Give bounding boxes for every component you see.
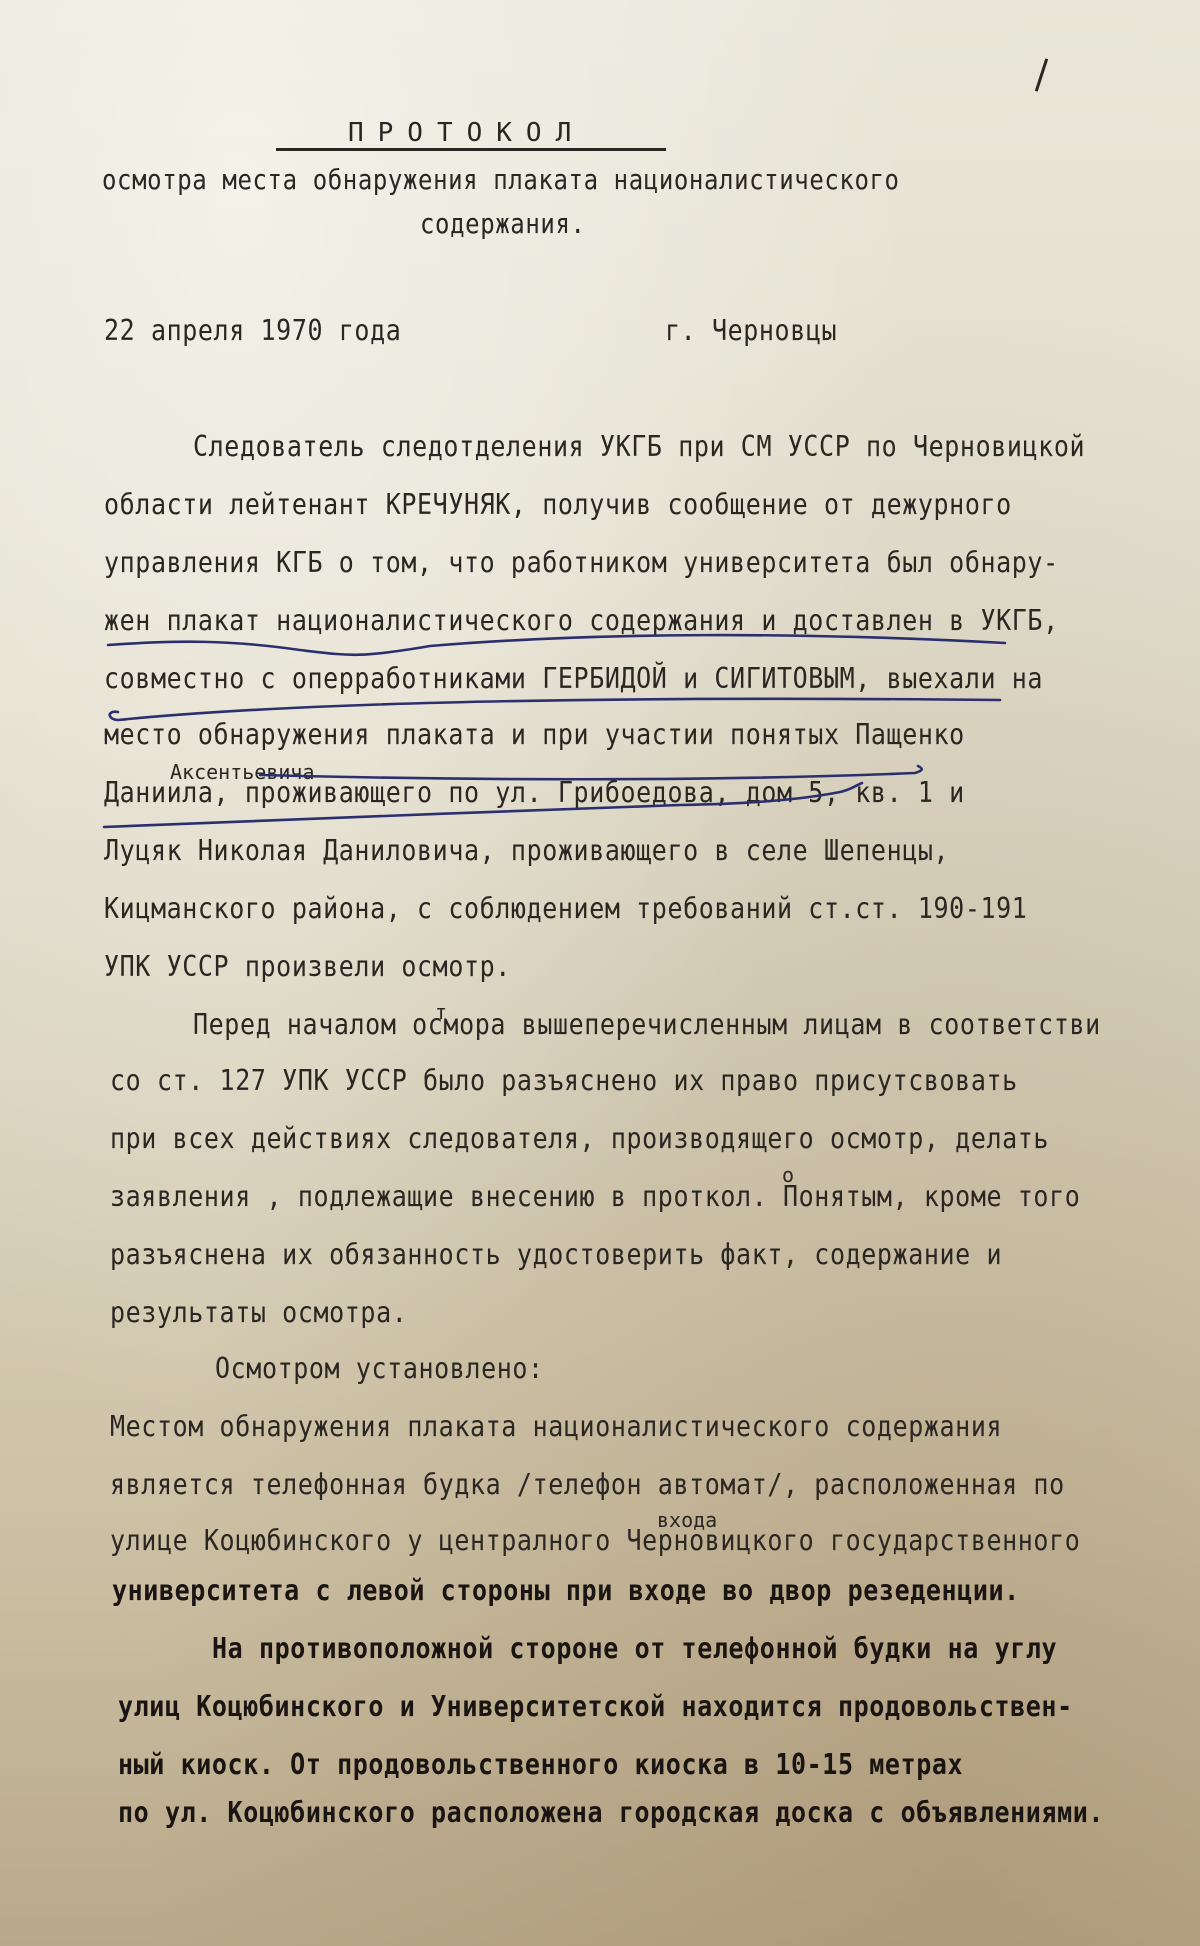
body-line: совместно с оперработниками ГЕРБИДОЙ и С… — [104, 662, 1043, 695]
body-line: Следователь следотделения УКГБ при СМ УС… — [193, 430, 1085, 463]
body-line: Перед началом осмора вышеперечисленным л… — [193, 1008, 1101, 1041]
body-line: со ст. 127 УПК УССР было разъяснено их п… — [110, 1064, 1018, 1097]
body-line: университета с левой стороны при входе в… — [112, 1574, 1020, 1607]
body-line: результаты осмотра. — [110, 1296, 407, 1329]
document-date: 22 апреля 1970 года — [104, 314, 401, 347]
body-line: области лейтенант КРЕЧУНЯК, получив сооб… — [104, 488, 1012, 521]
subtitle-line-1: осмотра места обнаружения плаката национ… — [102, 164, 900, 196]
body-line: заявления , подлежащие внесению в протко… — [110, 1180, 1080, 1213]
subtitle-line-2: содержания. — [420, 208, 586, 240]
body-line: является телефонная будка /телефон автом… — [110, 1468, 1065, 1501]
body-line: улице Коцюбинского у централного Чернови… — [110, 1524, 1080, 1557]
body-line: На противоположной стороне от телефонной… — [212, 1632, 1057, 1665]
body-line: Даниила, проживающего по ул. Грибоедова,… — [104, 776, 965, 809]
document-place: г. Черновцы — [665, 314, 837, 347]
title-underline — [276, 148, 666, 151]
body-line: управления КГБ о том, что работником уни… — [104, 546, 1059, 579]
body-line: Местом обнаружения плаката националистич… — [110, 1410, 1002, 1443]
document-page: ПРОТОКОЛ осмотра места обнаружения плака… — [0, 0, 1200, 1946]
body-line: УПК УССР произвели осмотр. — [104, 950, 511, 983]
document-title: ПРОТОКОЛ — [348, 118, 585, 148]
section-heading: Осмотром установлено: — [215, 1352, 544, 1385]
body-line: жен плакат националистического содержани… — [104, 604, 1059, 637]
body-line: разъяснена их обязанность удостоверить ф… — [110, 1238, 1002, 1271]
body-line: ный киоск. От продовольственного киоска … — [118, 1748, 963, 1781]
body-line: Кицманского района, с соблюдением требов… — [104, 892, 1027, 925]
body-line: по ул. Коцюбинского расположена городска… — [118, 1796, 1104, 1829]
body-line: место обнаружения плаката и при участии … — [104, 718, 965, 751]
page-number-mark — [1035, 58, 1048, 91]
body-line: улиц Коцюбинского и Университетской нахо… — [118, 1690, 1073, 1723]
body-line: при всех действиях следователя, производ… — [110, 1122, 1049, 1155]
body-line: Луцяк Николая Даниловича, проживающего в… — [104, 834, 949, 867]
